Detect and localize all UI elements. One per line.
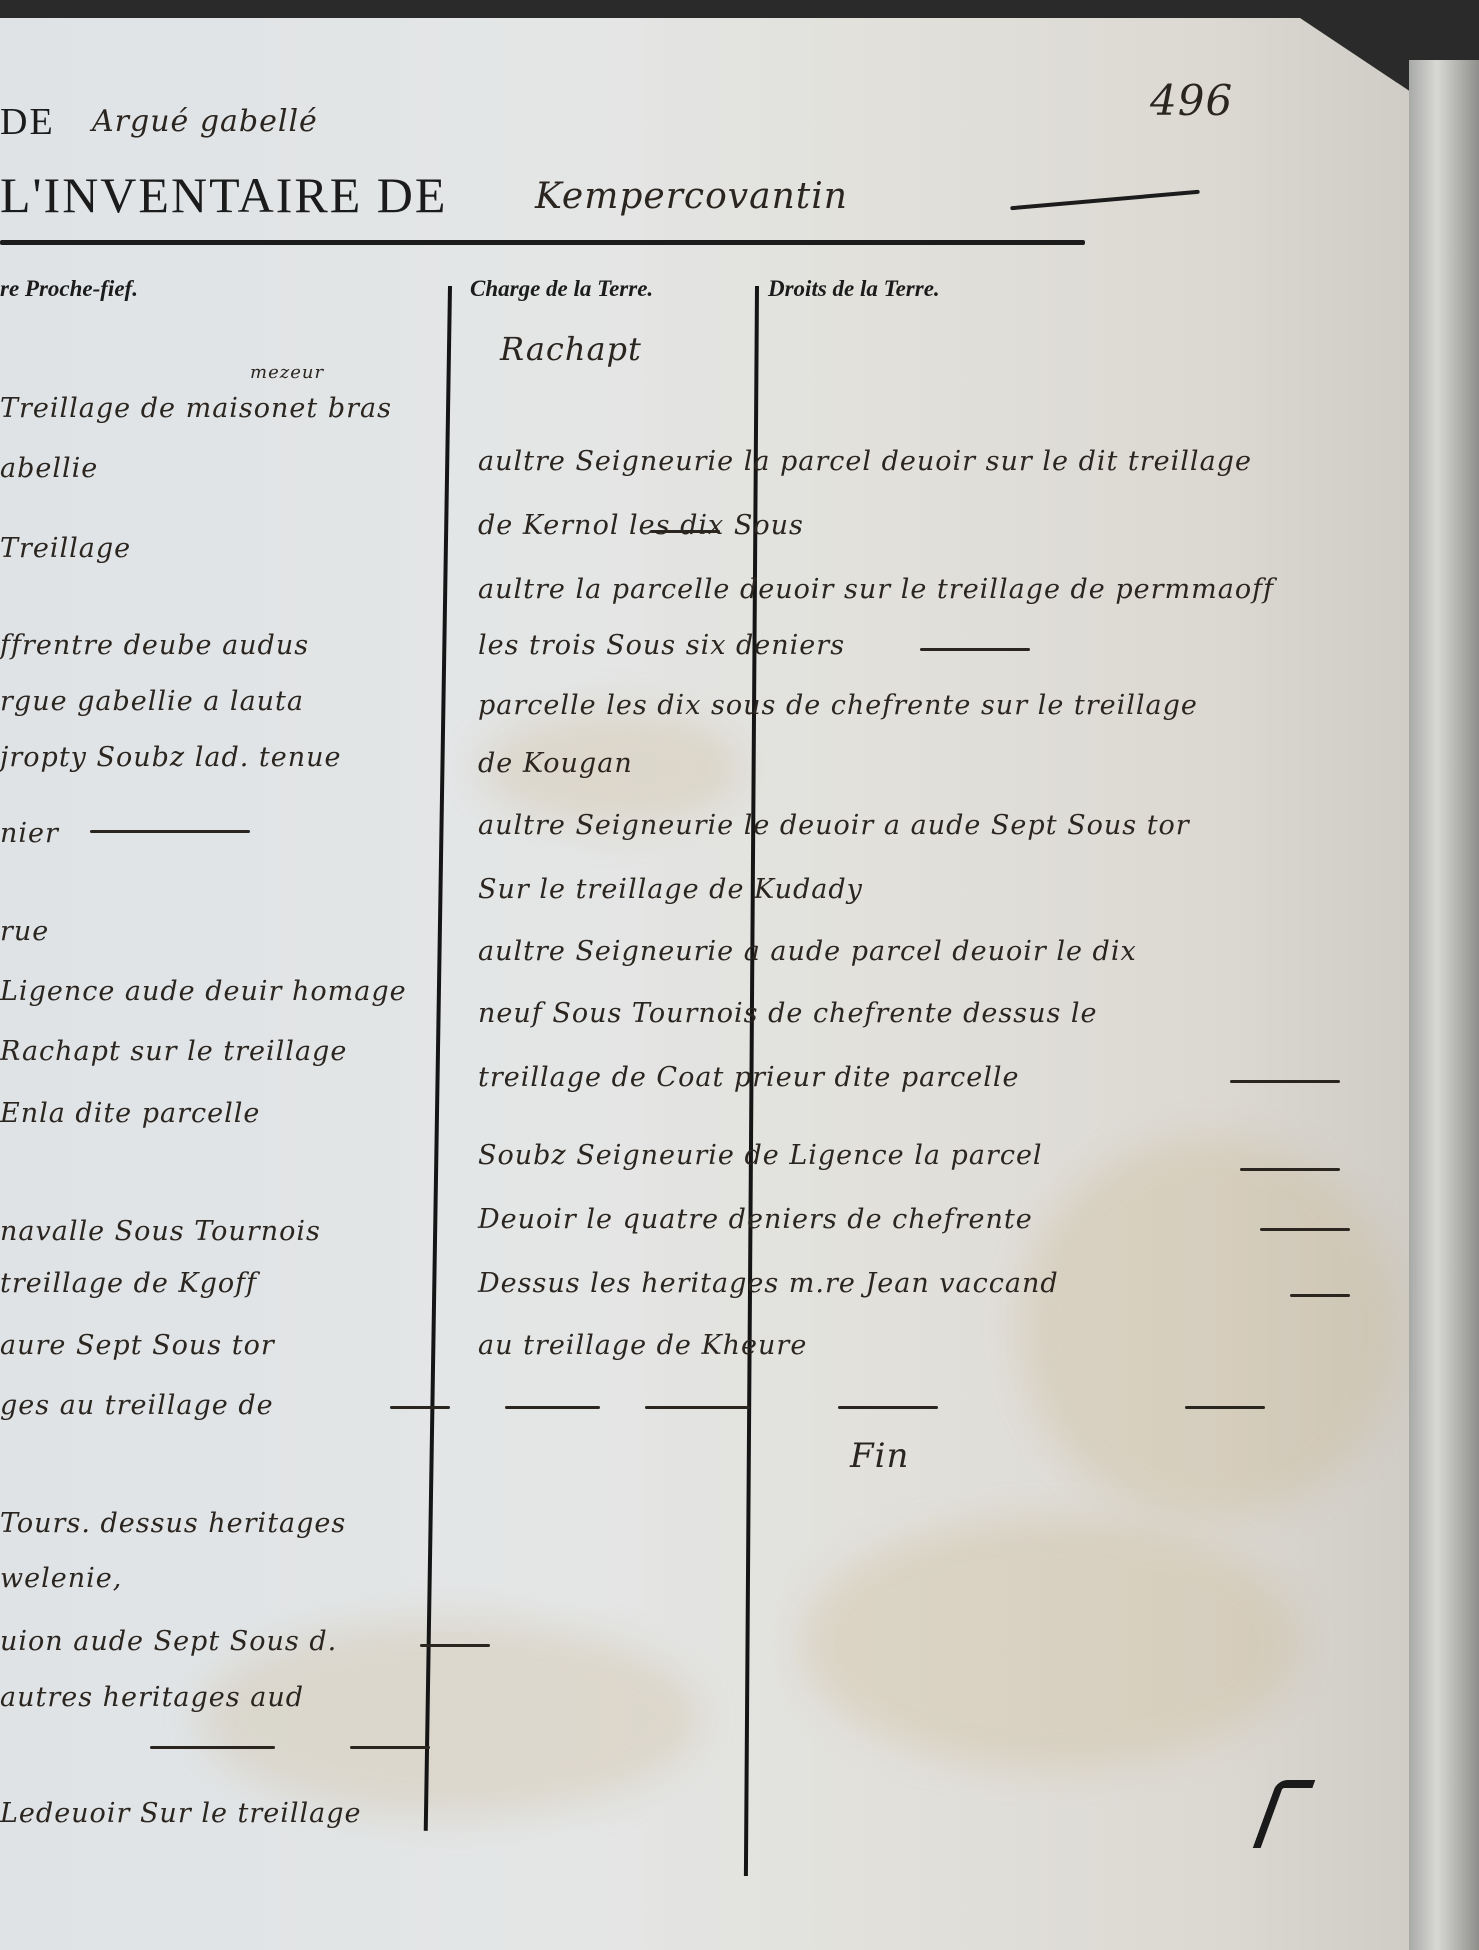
left-line: navalle Sous Tournois (0, 1216, 321, 1247)
line-filler (1260, 1228, 1350, 1231)
column-divider-1 (424, 286, 452, 1831)
line-filler (390, 1406, 450, 1409)
left-line: Tours. dessus heritages (0, 1508, 346, 1539)
left-line: abellie (0, 453, 98, 484)
section-divider (150, 1746, 275, 1749)
left-line: rgue gabellie a lauta (0, 686, 304, 717)
left-line: Enla dite parcelle (0, 1098, 260, 1129)
right-line: Soubz Seigneurie de Ligence la parcel (478, 1140, 1043, 1171)
manuscript-page: DE Argué gabellé 496 L'INVENTAIRE DE Kem… (0, 18, 1420, 1950)
closing-divider (645, 1406, 750, 1409)
left-line: uion aude Sept Sous d. (0, 1626, 337, 1657)
section-divider (350, 1746, 430, 1749)
left-line: autres heritages aud (0, 1682, 304, 1713)
left-line: rue (0, 916, 49, 947)
left-line: Ledeuoir Sur le treillage (0, 1798, 362, 1829)
closing-fin: Fin (850, 1436, 909, 1476)
header-de-handwritten: Argué gabellé (92, 104, 318, 139)
left-line: Rachapt sur le treillage (0, 1036, 347, 1067)
left-line: nier (0, 818, 59, 849)
right-line: Deuoir le quatre deniers de chefrente (478, 1204, 1033, 1235)
line-filler (1240, 1168, 1340, 1171)
line-filler (90, 830, 250, 833)
left-line: Ligence aude deuir homage (0, 976, 407, 1007)
inventory-title-handwritten: Kempercovantin (535, 176, 848, 217)
inventory-title-printed: L'INVENTAIRE DE (0, 166, 447, 224)
line-filler (1290, 1294, 1350, 1297)
closing-divider (505, 1406, 600, 1409)
right-line: aultre la parcelle deuoir sur le treilla… (478, 574, 1274, 605)
right-line: de Kougan (478, 748, 633, 779)
left-line: ges au treillage de (0, 1390, 274, 1421)
left-line: Treillage de maisonet bras (0, 393, 392, 424)
line-filler (420, 1644, 490, 1647)
right-line: neuf Sous Tournois de chefrente dessus l… (478, 998, 1098, 1029)
charge-rachapt: Rachapt (500, 330, 642, 368)
column-heading-proche-fief: re Proche-fief. (0, 276, 138, 302)
right-line: aultre Seigneurie le deuoir a aude Sept … (478, 810, 1190, 841)
line-filler (920, 648, 1030, 651)
right-line: aultre Seigneurie a aude parcel deuoir l… (478, 936, 1137, 967)
column-heading-droits: Droits de la Terre. (768, 276, 940, 302)
left-line: treillage de Kgoff (0, 1268, 257, 1299)
left-line: jropty Soubz lad. tenue (0, 742, 342, 773)
ink-mark (1253, 1780, 1316, 1848)
right-line: de Kernol les dix Sous (478, 510, 804, 541)
title-flourish (1010, 190, 1200, 211)
left-line: aure Sept Sous tor (0, 1330, 275, 1361)
water-stain (800, 1518, 1300, 1768)
right-line: Dessus les heritages m.re Jean vaccand (478, 1268, 1059, 1299)
left-line: Treillage (0, 533, 131, 564)
left-line: ffrentre deube audus (0, 630, 309, 661)
closing-divider (1185, 1406, 1265, 1409)
folio-number: 496 (1150, 76, 1233, 125)
superscript-note: mezeur (250, 362, 324, 383)
line-filler (650, 530, 720, 533)
right-line: aultre Seigneurie la parcel deuoir sur l… (478, 446, 1252, 477)
header-de-printed: DE (0, 100, 55, 144)
right-line: treillage de Coat prieur dite parcelle (478, 1062, 1020, 1093)
page-edge (1409, 60, 1479, 1950)
right-line: Sur le treillage de Kudady (478, 874, 863, 905)
right-line: parcelle les dix sous de chefrente sur l… (478, 690, 1198, 721)
right-line: les trois Sous six deniers (478, 630, 845, 661)
closing-divider (838, 1406, 938, 1409)
right-line: au treillage de Kheure (478, 1330, 807, 1361)
left-line: welenie, (0, 1563, 122, 1594)
line-filler (1230, 1080, 1340, 1083)
column-heading-charge: Charge de la Terre. (470, 276, 653, 302)
header-underline (0, 240, 1085, 245)
water-stain (1020, 1138, 1400, 1518)
